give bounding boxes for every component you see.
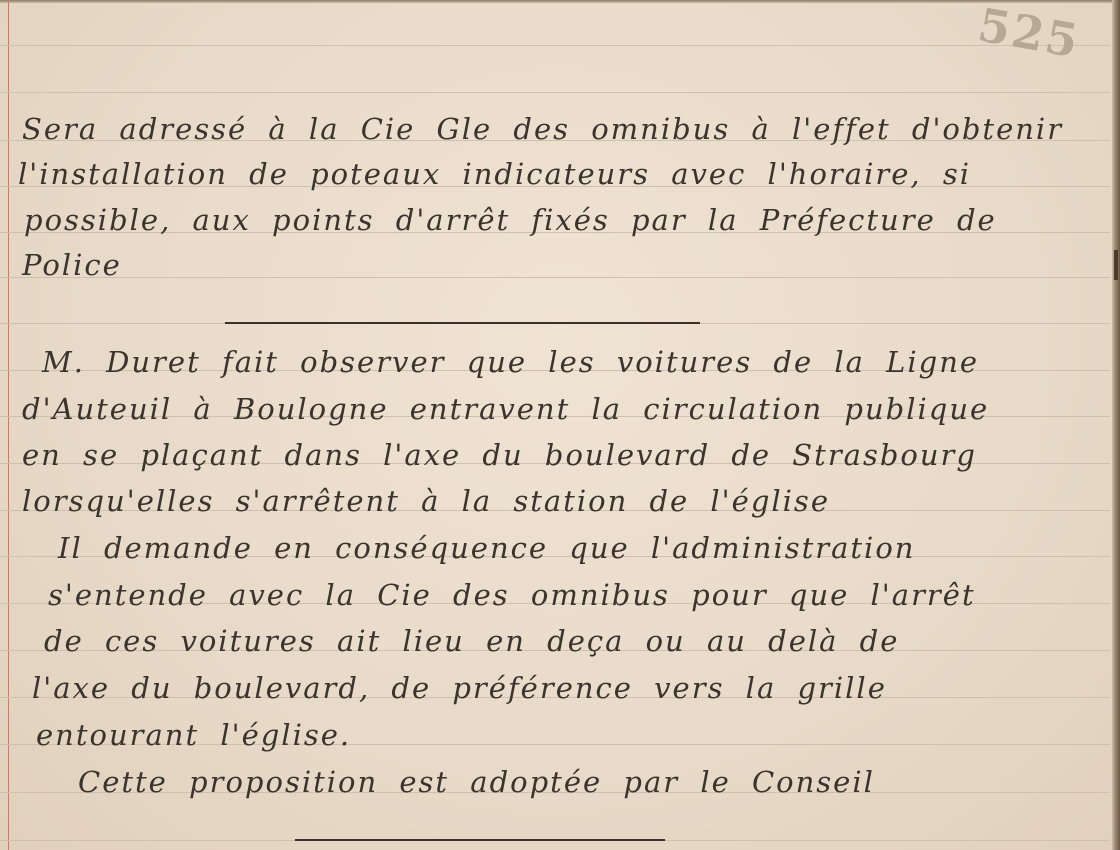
text-line: Sera adressé à la Cie Gle des omnibus à …: [22, 112, 1063, 146]
section-separator: [225, 322, 700, 324]
text-line: possible, aux points d'arrêt fixés par l…: [24, 203, 997, 237]
text-line: Police: [22, 248, 122, 282]
text-line: Il demande en conséquence que l'administ…: [58, 531, 915, 565]
text-line: s'entende avec la Cie des omnibus pour q…: [48, 578, 976, 612]
text-line: entourant l'église.: [36, 718, 351, 752]
section-separator: [295, 839, 665, 841]
text-line: d'Auteuil à Boulogne entravent la circul…: [22, 392, 989, 426]
text-line: en se plaçant dans l'axe du boulevard de…: [22, 438, 977, 472]
ruled-line: [0, 277, 1110, 278]
ruled-line: [0, 45, 1110, 46]
red-margin-line: [8, 0, 9, 850]
text-line: de ces voitures ait lieu en deça ou au d…: [44, 624, 899, 658]
book-binding-edge: [1112, 0, 1120, 850]
page-top-edge: [0, 0, 1120, 3]
text-line: lorsqu'elles s'arrêtent à la station de …: [22, 484, 830, 518]
text-line: M. Duret fait observer que les voitures …: [42, 345, 979, 379]
text-line: l'axe du boulevard, de préférence vers l…: [32, 671, 887, 705]
ruled-line: [0, 92, 1110, 93]
text-line: Cette proposition est adoptée par le Con…: [78, 765, 875, 799]
ledger-page: 525 Sera adressé à la Cie Gle des omnibu…: [0, 0, 1120, 850]
page-number-stamp: 525: [974, 0, 1084, 68]
text-line: l'installation de poteaux indicateurs av…: [18, 157, 971, 191]
binding-tab: [1114, 250, 1118, 280]
